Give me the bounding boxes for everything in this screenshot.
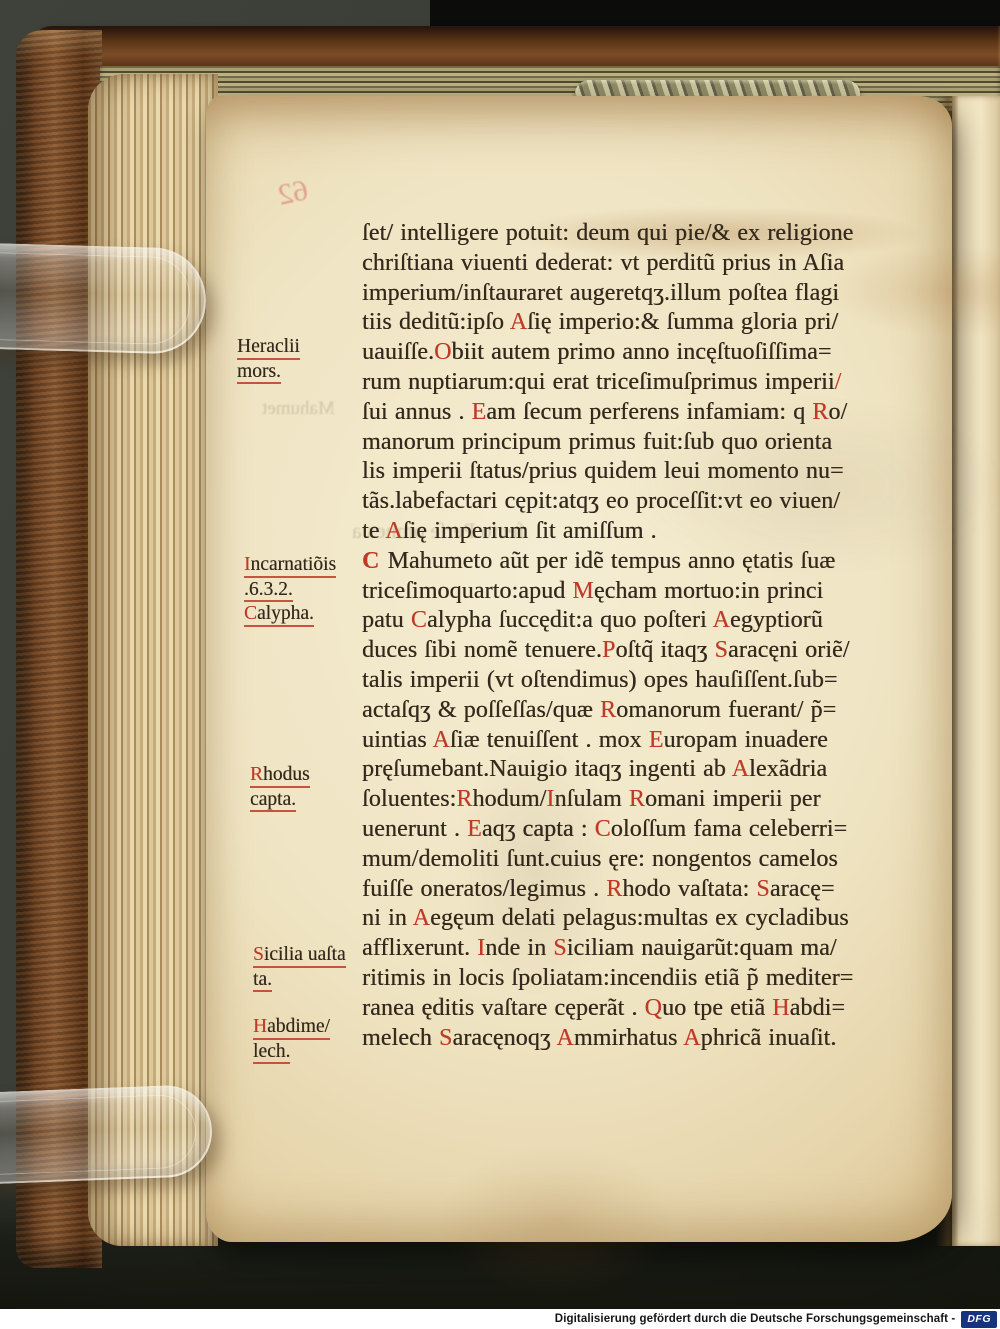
text-segment: aqʒ capta : <box>482 816 595 842</box>
text-segment: ęcham mortuo:in princi <box>594 578 823 604</box>
text-segment: tiis deditũ:ipſo <box>362 309 510 335</box>
text-segment: abdi= <box>790 995 845 1021</box>
text-segment: ſiæ tenuiſſent . mox <box>450 727 649 753</box>
rubricated-letter: R <box>812 399 828 425</box>
text-segment: ranea ęditis vaſtare cęperãt . <box>362 995 645 1021</box>
rubric-pilcrow: C <box>362 548 379 574</box>
margin-note-line: lech. <box>253 1041 290 1065</box>
text-segment: imperium/inſtauraret augeretqʒ.illum poſ… <box>362 280 839 306</box>
text-segment: ſoluentes: <box>362 786 456 812</box>
text-segment: omani imperii per <box>645 786 821 812</box>
text-segment: egyptiorũ <box>730 607 823 633</box>
margin-note: Rhoduscapta. <box>250 764 310 813</box>
margin-note: Heracliimors. <box>237 336 300 385</box>
rubricated-letter: S <box>253 944 264 965</box>
text-line: melech Saracęnoqʒ Ammirhatus Aphricã inu… <box>362 1024 922 1054</box>
text-segment: ſet/ intelligere potuit: deum qui pie/& … <box>362 220 853 246</box>
text-line: rum nuptiarum:qui erat triceſimuſprimus … <box>362 368 922 398</box>
text-segment: omanorum fuerant/ p̃= <box>616 697 836 723</box>
text-line: talis imperii (vt oſtendimus) opes hauſi… <box>362 666 922 696</box>
text-segment: egęum delati pelagus:multas ex cycladibu… <box>430 905 849 931</box>
text-segment: hodo vaſtata: <box>622 876 756 902</box>
text-line: imperium/inſtauraret augeretqʒ.illum poſ… <box>362 279 922 309</box>
rubricated-letter: M <box>572 578 593 604</box>
text-segment: hodus <box>263 764 310 785</box>
rubricated-letter: R <box>606 876 622 902</box>
text-segment: uenerunt . <box>362 816 467 842</box>
text-segment: ta. <box>253 969 272 990</box>
rubricated-letter: A <box>413 905 430 931</box>
rubricated-letter: R <box>456 786 472 812</box>
text-segment: mum/demoliti ſunt.cuius ęre: nongentos c… <box>362 846 838 872</box>
rubricated-letter: R <box>629 786 645 812</box>
rubricated-letter: S <box>553 935 566 961</box>
text-line: mum/demoliti ſunt.cuius ęre: nongentos c… <box>362 845 922 875</box>
rubricated-letter: A <box>713 607 730 633</box>
rubricated-letter: E <box>472 399 487 425</box>
rubricated-letter: A <box>556 1025 573 1051</box>
rubricated-letter: A <box>385 518 402 544</box>
text-line: duces ſibi nomẽ tenuere.Poſtq̃ itaqʒ Sar… <box>362 636 922 666</box>
rubricated-letter: H <box>772 995 789 1021</box>
text-segment: uo tpe etiã <box>662 995 772 1021</box>
text-line: ſet/ intelligere potuit: deum qui pie/& … <box>362 219 922 249</box>
text-segment: ſui annus . <box>362 399 472 425</box>
text-segment: Heraclii <box>237 336 300 357</box>
text-segment: .6.3.2. <box>244 579 293 600</box>
text-segment: biit autem primo anno incęſtuoſiſſima= <box>452 339 832 365</box>
text-segment: phricã inuaſit. <box>701 1025 837 1051</box>
rubricated-letter: / <box>835 369 842 395</box>
text-segment: melech <box>362 1025 439 1051</box>
text-line: pręſumebant.Nauigio itaqʒ ingenti ab Ale… <box>362 755 922 785</box>
margin-note-line: Habdime/ <box>253 1016 330 1040</box>
text-segment: ncarnatiõis <box>251 554 337 575</box>
main-text-block: ſet/ intelligere potuit: deum qui pie/& … <box>362 219 922 1053</box>
text-segment: rum nuptiarum:qui erat triceſimuſprimus … <box>362 369 835 395</box>
text-segment: manorum principum primus fuit:ſub quo or… <box>362 429 832 455</box>
margin-note: Incarnatiõis.6.3.2.Calypha. <box>244 554 336 628</box>
margin-note-line: Sicilia uaſta <box>253 944 346 968</box>
margin-note: Sicilia uaſtata. <box>253 944 346 993</box>
text-segment: capta. <box>250 789 296 810</box>
margin-note-line: capta. <box>250 789 296 813</box>
rubricated-letter: A <box>732 756 749 782</box>
text-segment: ſię imperio:& ſumma gloria pri/ <box>527 309 838 335</box>
text-segment: ritimis in locis ſpoliatam:incendiis eti… <box>362 965 853 991</box>
page-holder-clip-bottom <box>0 1084 214 1184</box>
text-segment: actaſqʒ & poſſeſſas/quæ <box>362 697 600 723</box>
text-segment: uropam inuadere <box>663 727 827 753</box>
text-segment: aracęni oriẽ/ <box>728 637 850 663</box>
text-segment: afflixerunt. <box>362 935 477 961</box>
bleedthrough-text: Mahumet <box>262 398 335 420</box>
text-segment: hodum/ <box>472 786 546 812</box>
rubricated-letter: C <box>595 816 611 842</box>
text-segment: lexãdria <box>749 756 827 782</box>
text-line: CMahumeto aũt per idẽ tempus anno ętatis… <box>362 547 922 577</box>
page-behind-right <box>952 96 1000 1246</box>
text-segment: alypha. <box>257 603 314 624</box>
text-segment: talis imperii (vt oſtendimus) opes hauſi… <box>362 667 837 693</box>
text-line: actaſqʒ & poſſeſſas/quæ Romanorum fueran… <box>362 696 922 726</box>
text-line: triceſimoquarto:apud Męcham mortuo:in pr… <box>362 577 922 607</box>
rubricated-letter: R <box>250 764 263 785</box>
text-segment: ſię imperium ſit amiſſum . <box>403 518 657 544</box>
text-segment: oloſſum fama celeberri= <box>611 816 847 842</box>
text-segment: am ſecum perferens infamiam: q <box>486 399 812 425</box>
rubricated-letter: O <box>434 339 451 365</box>
text-segment: abdime/ <box>267 1016 330 1037</box>
rubricated-letter: S <box>715 637 728 663</box>
rubricated-letter: C <box>411 607 427 633</box>
text-segment: aracę= <box>770 876 835 902</box>
text-line: ſoluentes:Rhodum/Inſulam Romani imperii … <box>362 785 922 815</box>
text-segment: lis imperii ſtatus/prius quidem leui mom… <box>362 458 844 484</box>
text-segment: lech. <box>253 1041 290 1062</box>
text-segment: fuiſſe oneratos/legimus . <box>362 876 606 902</box>
text-line: uintias Aſiæ tenuiſſent . mox Europam in… <box>362 726 922 756</box>
margin-note-line: mors. <box>237 361 281 385</box>
text-line: patu Calypha ſuccędit:a quo poſteri Aegy… <box>362 606 922 636</box>
rubricated-letter: Q <box>645 995 662 1021</box>
rubricated-letter: A <box>683 1025 700 1051</box>
rubricated-letter: P <box>602 637 615 663</box>
text-segment: oſtq̃ itaqʒ <box>615 637 714 663</box>
text-segment: Mahumeto aũt per idẽ tempus anno ętatis … <box>387 548 835 574</box>
rubricated-letter: C <box>244 603 257 624</box>
text-line: tãs.labefactari cępit:atqʒ eo proceſſit:… <box>362 487 922 517</box>
text-line: afflixerunt. Inde in Siciliam nauigarũt:… <box>362 934 922 964</box>
text-segment: nde in <box>485 935 553 961</box>
book-scan-photo: 62 fecto Perſe omnes aMahumet Heracliimo… <box>0 0 1000 1329</box>
text-line: uenerunt . Eaqʒ capta : Coloſſum fama ce… <box>362 815 922 845</box>
rubricated-letter: S <box>756 876 769 902</box>
margin-note-line: .6.3.2. <box>244 579 293 603</box>
rubricated-letter: S <box>439 1025 452 1051</box>
text-segment: nſulam <box>554 786 628 812</box>
text-segment: iciliam nauigarũt:quam ma/ <box>567 935 837 961</box>
text-segment: mmirhatus <box>574 1025 683 1051</box>
rubricated-letter: A <box>432 727 449 753</box>
margin-note-line: ta. <box>253 969 272 993</box>
text-line: ranea ęditis vaſtare cęperãt . Quo tpe e… <box>362 994 922 1024</box>
text-segment: patu <box>362 607 411 633</box>
text-segment: chriſtiana viuenti dederat: vt perditũ p… <box>362 250 844 276</box>
text-segment: duces ſibi nomẽ tenuere. <box>362 637 602 663</box>
text-segment: N <box>489 756 506 782</box>
rubricated-letter: R <box>600 697 616 723</box>
digitization-credit-text: Digitalisierung gefördert durch die Deut… <box>555 1313 956 1325</box>
margin-note-line: Calypha. <box>244 603 314 627</box>
digitization-footer: Digitalisierung gefördert durch die Deut… <box>0 1309 1000 1329</box>
text-line: tiis deditũ:ipſo Aſię imperio:& ſumma gl… <box>362 308 922 338</box>
text-segment: pręſumebant. <box>362 756 489 782</box>
text-segment: alypha ſuccędit:a quo poſteri <box>427 607 713 633</box>
text-segment: tãs.labefactari cępit:atqʒ eo proceſſit:… <box>362 488 840 514</box>
text-segment: uauiſſe. <box>362 339 434 365</box>
text-line: ritimis in locis ſpoliatam:incendiis eti… <box>362 964 922 994</box>
text-line: ni in Aegęum delati pelagus:multas ex cy… <box>362 904 922 934</box>
margin-note-line: Heraclii <box>237 336 300 360</box>
text-segment: uintias <box>362 727 432 753</box>
text-line: chriſtiana viuenti dederat: vt perditũ p… <box>362 249 922 279</box>
text-segment: mors. <box>237 361 281 382</box>
text-segment: icilia uaſta <box>264 944 346 965</box>
text-segment: auigio itaqʒ ingenti ab <box>507 756 732 782</box>
margin-note-line: Rhodus <box>250 764 310 788</box>
margin-note-line: Incarnatiõis <box>244 554 336 578</box>
text-line: manorum principum primus fuit:ſub quo or… <box>362 428 922 458</box>
text-segment: triceſimoquarto:apud <box>362 578 572 604</box>
text-segment: ni in <box>362 905 413 931</box>
text-line: uauiſſe.Obiit autem primo anno incęſtuoſ… <box>362 338 922 368</box>
rubricated-letter: E <box>467 816 482 842</box>
rubricated-letter: E <box>649 727 664 753</box>
dfg-logo: DFG <box>961 1311 997 1328</box>
text-segment: o/ <box>828 399 847 425</box>
text-line: ſui annus . Eam ſecum perferens infamiam… <box>362 398 922 428</box>
text-line: fuiſſe oneratos/legimus . Rhodo vaſtata:… <box>362 875 922 905</box>
text-line: te Aſię imperium ſit amiſſum . <box>362 517 922 547</box>
text-segment: aracęnoqʒ <box>452 1025 556 1051</box>
margin-note: Habdime/lech. <box>253 1016 330 1065</box>
page-holder-clip-top <box>0 243 207 355</box>
rubricated-letter: H <box>253 1016 267 1037</box>
rubricated-letter: A <box>510 309 527 335</box>
text-line: lis imperii ſtatus/prius quidem leui mom… <box>362 457 922 487</box>
text-segment: te <box>362 518 385 544</box>
